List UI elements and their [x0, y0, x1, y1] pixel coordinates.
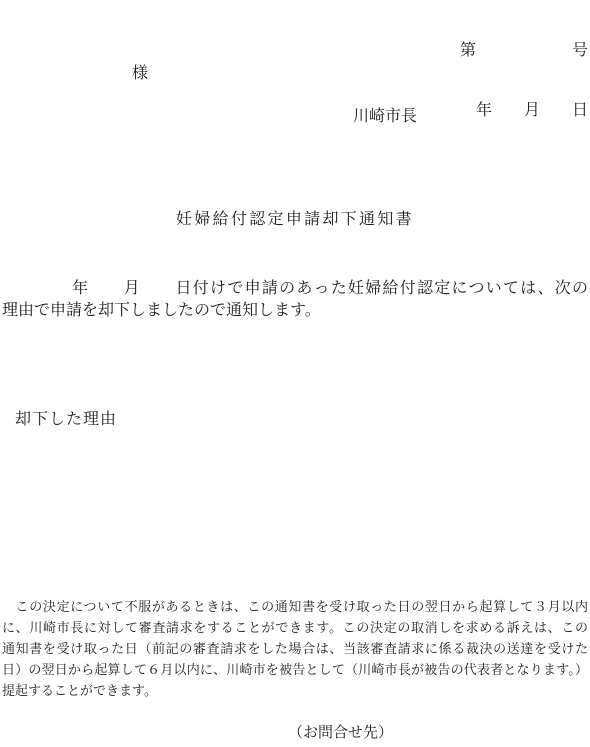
appeal-rights-notice: この決定について不服があるときは、この通知書を受け取った日の翌日から起算して３月…: [2, 596, 588, 701]
body-paragraph-line-1: 年 月 日付けで申請のあった妊婦給付認定については、次の: [2, 278, 588, 300]
contact-info-label: （お問合せ先）: [288, 721, 393, 742]
appeal-notice-line-1: この決定について不服があるときは、この通知書を受け取った日の翌日から起算して３月…: [2, 596, 588, 617]
document-date-line: 年 月 日: [460, 101, 588, 121]
appeal-notice-line-5: 提起することができます。: [2, 680, 588, 701]
document-number-line: 第 号: [460, 41, 588, 61]
body-paragraph-line-2: 理由で申請を却下しましたので通知します。: [2, 300, 588, 322]
document-title: 妊婦給付認定申請却下通知書: [0, 206, 590, 229]
appeal-notice-line-4: 日）の翌日から起算して６月以内に、川崎市を被告として（川崎市長が被告の代表者とな…: [2, 659, 588, 680]
sender-title: 川崎市長: [353, 103, 417, 126]
appeal-notice-line-2: に、川崎市長に対して審査請求をすることができます。この決定の取消しを求める訴えは…: [2, 617, 588, 638]
addressee-honorific: 様: [132, 60, 148, 83]
document-header-right: 第 号 年 月 日: [460, 1, 588, 161]
rejection-reason-label: 却下した理由: [15, 406, 117, 429]
body-paragraph: 年 月 日付けで申請のあった妊婦給付認定については、次の 理由で申請を却下しまし…: [2, 278, 588, 322]
appeal-notice-line-3: 通知書を受け取った日（前記の審査請求をした場合は、当該審査請求に係る裁決の送達を…: [2, 638, 588, 659]
rejection-notice-document: 第 号 年 月 日 様 川崎市長 妊婦給付認定申請却下通知書 年 月 日付けで申…: [0, 0, 590, 747]
